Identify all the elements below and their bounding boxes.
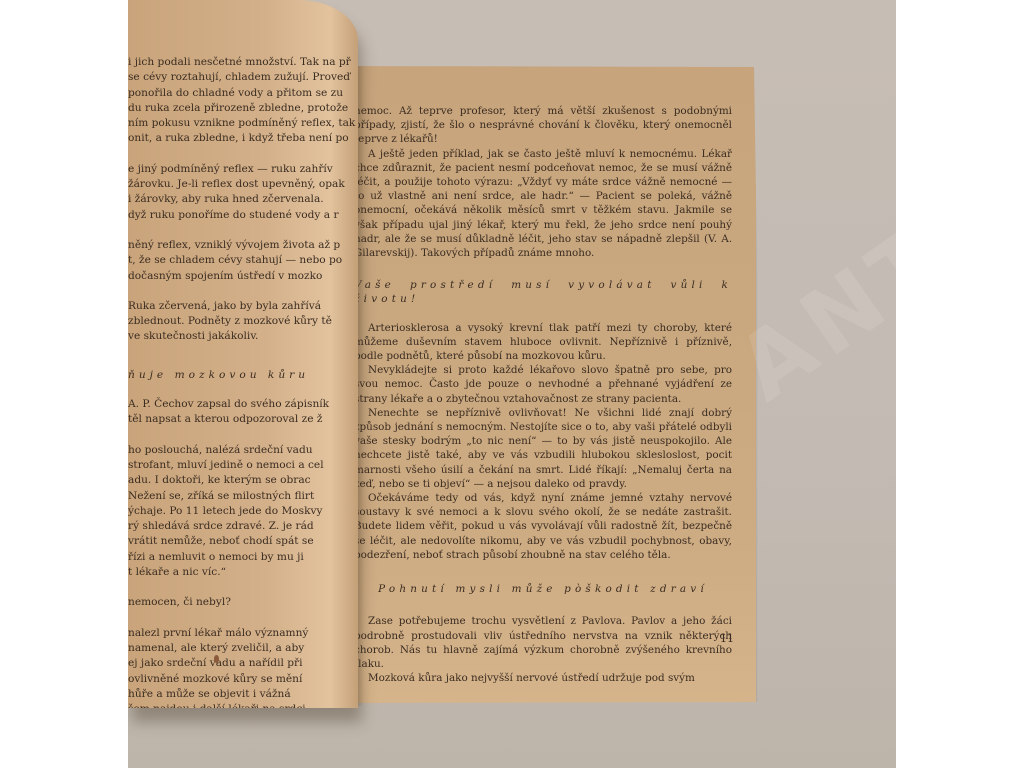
paragraph: Mozková kůra jako nejvyšší nervové ústře… [354,671,732,685]
text-line: namenal, ale který zveličil, a aby [128,641,358,656]
text-line: e jiný podmíněný reflex — ruku zahřív [128,162,358,177]
right-page: nemoc. Až teprve profesor, který má větš… [324,66,756,703]
text-line: dočasným spojením ústředí v mozko [128,269,358,284]
text-line: žárovku. Je-li reflex dost upevněný, opa… [128,177,358,192]
section-heading: Pohnutí mysli může pòškodit zdraví [354,582,732,596]
text-line: řízi a nemluvit o nemoci by mu ji [128,550,358,565]
text-line: hůře a může se objevit i vážná [128,687,358,702]
text-line: t lékaře a nic víc.“ [128,565,358,580]
text-line: nalezl první lékař málo významný [128,626,358,641]
text-line: něný reflex, vzniklý vývojem života až p [128,238,358,253]
text-line: onit, a ruka zbledne, i když třeba není … [128,131,358,146]
text-line: du ruka zcela přirozeně zbledne, protože [128,101,358,116]
text-line: ním pokusu vznikne podmíněný reflex, tak [128,116,358,131]
text-line: Ruka zčervená, jako by byla zahřívá [128,299,358,314]
paragraph: Zase potřebujeme trochu vysvětlení z Pav… [354,614,732,671]
left-page: i jich podali nesčetné množství. Tak na … [128,0,358,708]
text-line: ej jako srdeční vadu a nařídil při [128,656,358,671]
text-line: A. P. Čechov zapsal do svého zápisník [128,397,358,412]
photo-scene: nemoc. Až teprve profesor, který má větš… [128,0,896,768]
text-line: těl napsat a kterou odpozoroval ze ž [128,412,358,427]
text-line: ovlivněné mozkové kůry se mění [128,672,358,687]
text-line: Nežení se, zříká se milostných flirt [128,489,358,504]
text-line: se cévy roztahují, chladem zužují. Prove… [128,70,358,85]
paragraph: Očekáváme tedy od vás, když nyní známe j… [354,491,732,562]
paragraph: A ještě jeden příklad, jak se často ješt… [354,147,732,261]
paragraph: Arteriosklerosa a vysoký krevní tlak pat… [354,321,732,364]
paragraph: Nenechte se nepříznivě ovlivňovat! Ne vš… [354,406,732,491]
text-line: rý shledává srdce zdravé. Z. je rád [128,519,358,534]
text-line: adu. I doktoři, ke kterým se obrac [128,473,358,488]
right-page-text: nemoc. Až teprve profesor, který má větš… [354,104,732,685]
text-line: ho poslouchá, nalézá srdeční vadu [128,443,358,458]
section-heading: Vaše prostředí musí vyvolávat vůli k živ… [354,278,732,306]
left-page-text: i jich podali nesčetné množství. Tak na … [128,55,358,708]
paragraph: Nevykládejte si proto každé lékařovo slo… [354,363,732,406]
text-line: t, že se chladem cévy stahují — nebo po [128,253,358,268]
section-heading: ňuje mozkovou kůru [128,368,358,383]
text-line: ve skutečnosti jakákoliv. [128,329,358,344]
text-line: ponořila do chladné vody a přitom se zu [128,86,358,101]
text-line: strofant, mluví jedině o nemoci a cel [128,458,358,473]
text-line: ýchaje. Po 11 letech jede do Moskvy [128,504,358,519]
text-line: dyž ruku ponoříme do studené vody a r [128,208,358,223]
text-line: i jich podali nesčetné množství. Tak na … [128,55,358,70]
text-line: zblednout. Podněty z mozkové kůry tě [128,314,358,329]
text-line: nemocen, či nebyl? [128,595,358,610]
text-line: šem najdou i další lékaři na srdci [128,702,358,708]
text-line: vrátit nemůže, neboť chodí spát se [128,534,358,549]
paragraph: nemoc. Až teprve profesor, který má větš… [354,104,732,147]
paper-stain [214,655,219,663]
page-number: 11 [720,632,734,645]
text-line: i žárovky, aby ruka hned zčervenala. [128,192,358,207]
